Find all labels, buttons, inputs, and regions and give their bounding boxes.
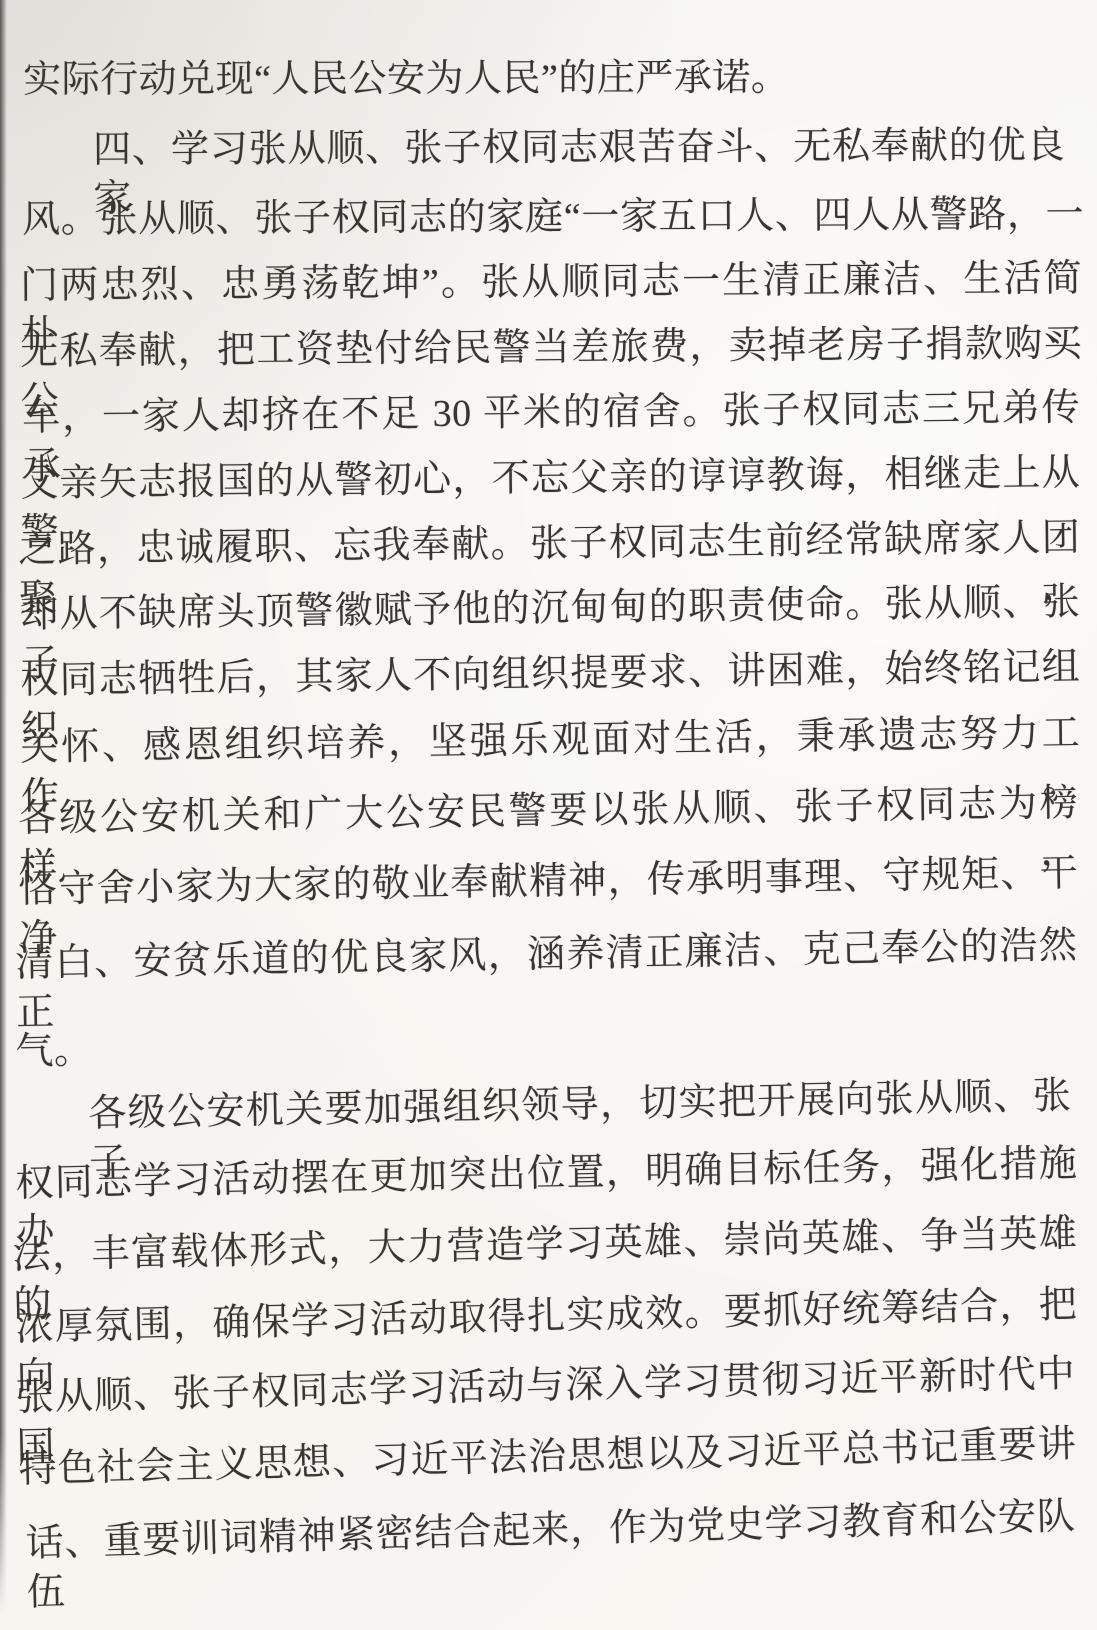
text-line: 话、重要训词精神紧密结合起来，作为党史学习教育和公安队伍 bbox=[25, 1493, 1077, 1618]
text-line: 气。 bbox=[15, 1027, 93, 1077]
text-line: 风。张从顺、张子权同志的家庭“一家五口人、四人从警路，一 bbox=[22, 190, 1084, 244]
text-line: 清白、安贫乐道的优良家风，涵养清正廉洁、克己奉公的浩然正 bbox=[15, 921, 1079, 1037]
scan-edge-shadow bbox=[0, 0, 7, 1630]
document-page: 实际行动兑现“人民公安为人民”的庄严承诺。 四、学习张从顺、张子权同志艰苦奋斗、… bbox=[0, 0, 1097, 1630]
text-line: 实际行动兑现“人民公安为人民”的庄严承诺。 bbox=[23, 54, 789, 105]
